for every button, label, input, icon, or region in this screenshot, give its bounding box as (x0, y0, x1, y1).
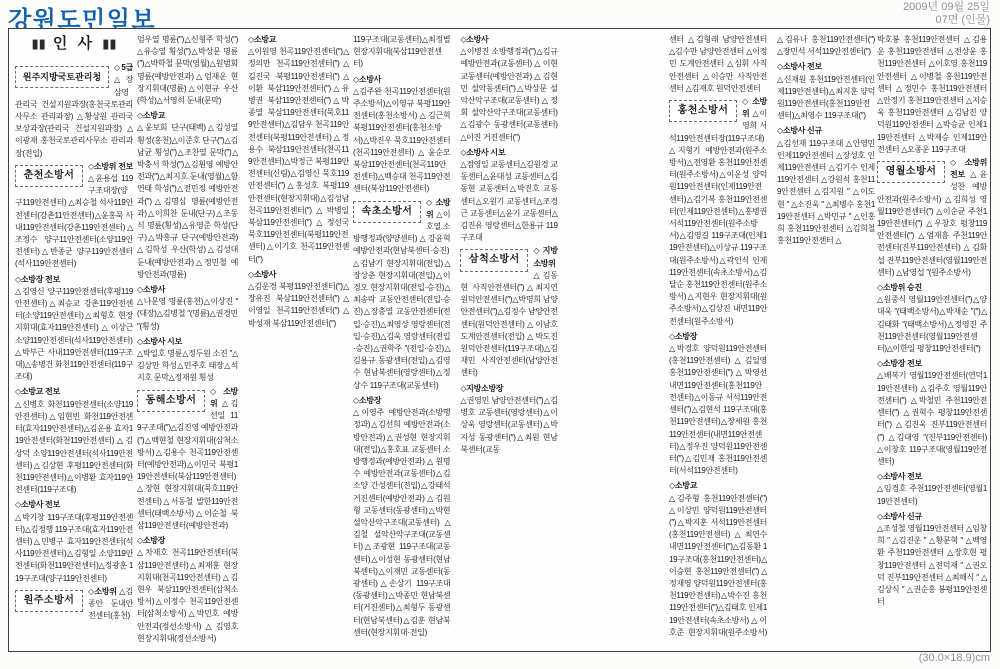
section-box: 삼척소방서 (460, 249, 528, 271)
rank-heading: ◇소방사 (137, 284, 238, 296)
rank-heading: ◇소방교 (669, 480, 767, 492)
column-band-3: 119구조대(교동센터)△최정별 현장지휘대(북삼119안전센터)◇소방사△김주… (353, 34, 665, 646)
entry-paragraph: △윤보회 단구(태백)△김성열 횡성(홍천)△이준호 단구(″)△김남균 횡성(… (137, 122, 238, 281)
entry-paragraph: △배복기 영월119안전센터(연덕119안전센터) △김주호 영월119안전센터… (877, 370, 987, 468)
rank-heading: ◇소방위 승진 (877, 282, 987, 294)
rank-heading: ◇소방교 전보 (15, 386, 133, 398)
rank-heading-inline: ◇소방위 (742, 97, 767, 118)
rank-heading: ◇소방사 시보 (460, 147, 557, 159)
rank-heading: ◇소방장 (137, 535, 238, 547)
column-band-4: 센터 △김형래 남양안전센터 △김수만 남양안전센터 △이정민 도계안전센터 △… (669, 34, 875, 646)
entry-paragraph: △이병진 소방행정과(″)△김규 예방안전과(교동센터)△이현 교동센터(예방안… (460, 46, 557, 144)
rank-heading: ◇소방교 (137, 110, 238, 122)
rank-heading: ◇소방장 전보 (15, 274, 133, 286)
section-box: 홍천소방서 (669, 100, 737, 122)
rank-heading-inline: ◇소방위 (210, 387, 238, 408)
section-box: 영월소방서 (877, 161, 945, 183)
section-box: 원주지방국토관리청 (15, 66, 109, 88)
entry-paragraph: 엄우열 명륜(″)△신형주 학성(″)△유승열 횡성(″)△박상문 명륜(″)△… (137, 34, 238, 107)
entry-paragraph: △원중식 영월119안전센터(″)△양대욱 ″(태백소방서)△박재순 ″(″)△… (877, 294, 987, 355)
entry-paragraph: △이원영 천곡119안전센터(″)△정의만 천곡119안전센터(″)△김진국 북… (248, 46, 349, 266)
entry-paragraph: △신재원 홍천119안전센터(인제119안전센터)△최지훈 양덕원119안전센터… (777, 74, 875, 123)
rank-heading-inline: ◇소방위 (426, 198, 450, 219)
date-block: 2009년 09월 25일 07면 (인물) (903, 1, 990, 27)
rank-heading: ◇소방사 (353, 74, 450, 86)
section-box: 동해소방서 (137, 390, 205, 412)
section-box: 원주소방서 (15, 590, 83, 612)
entry-paragraph: △이영주 예방안전과(소방행정과)△김선희 예방안전과(소방안전과)△권성현 현… (353, 407, 450, 639)
title-bar-icon: ▮▮ (31, 36, 45, 51)
entry-paragraph: ◇소방위 △이영희 서석119안전센터장(119구조대) △지형기 예방안전과(… (669, 96, 767, 328)
entry-paragraph: △김주완 천곡119안전센터(원주소방서)△이영규 북평119안전센터(홍천소방… (353, 86, 450, 196)
title-bar-icon: ▮▮ (102, 36, 116, 51)
entry-paragraph: ◇소방위 △이호열 소방행정과(양양센터)△강윤혁 예방안전과(현남북센터·승진… (353, 197, 450, 392)
rank-heading: ◇소방장 (353, 395, 450, 407)
entry-paragraph: △김영신 양구119안전센터(후평119안전센터)△최승교 강촌119안전센터(… (15, 286, 133, 384)
rank-heading: ◇소방장 전보 (877, 358, 987, 370)
rank-heading: ◇소방사 신규 (877, 511, 987, 523)
entry-paragraph: 센터 △김형래 남양안전센터 △김수만 남양안전센터 △이정민 도계안전센터 △… (669, 34, 767, 95)
newspaper-page: 강원도민일보 2009년 09월 25일 07면 (인물) ▮▮ 인 사 ▮▮원… (0, 0, 1000, 669)
rank-heading: ◇소방사 (248, 269, 349, 281)
entry-paragraph: △김운경 북평119안전센터(″)△장유진 북삼119안전센터(″)△이영일 천… (248, 281, 349, 330)
entry-paragraph: 119구조대(교동센터)△최정별 현장지휘대(북삼119안전센터) (353, 34, 450, 71)
entry-paragraph: △박기창 119구조대(후평119안전센터)△김정행 119구조대(효자119안… (15, 512, 133, 585)
entry-paragraph: △나문영 명륜(홍천)△이상진 ″(대장)△김병철 ″(명륜)△권경민 ″(횡성… (137, 296, 238, 333)
rank-heading-inline: ◇소방위 전보 (950, 158, 987, 179)
entry-paragraph: △박경호 양덕원119안전센터(홍천119안전센터)△김일영 홍천119안전센터… (669, 343, 767, 477)
rank-heading: ◇소방사 전보 (777, 61, 875, 73)
column-band-5: 박호봉 홍천119안전센터 △김용운 홍천119안전센터 △전상윤 홍천119안… (877, 34, 987, 646)
date-line: 2009년 09월 25일 (903, 1, 990, 14)
entry-paragraph: △신병호 화천119안전센터(소양119안전센터)△임현빈 화천119안전센터(… (15, 399, 133, 497)
entry-paragraph: △조성철 영월119안전센터 △임창희 ″ △김진운 ″ △황문혁 ″ △백영환… (877, 523, 987, 608)
column-band-2: 엄우열 명륜(″)△신형주 학성(″)△유승열 횡성(″)△박상문 명륜(″)△… (137, 34, 349, 646)
rank-heading: ◇소방사 (460, 34, 557, 46)
section-box: 속초소방서 (353, 201, 421, 223)
rank-heading-inline: ◇지방소방위 (533, 246, 557, 267)
entry-paragraph: 박호봉 홍천119안전센터 △김용운 홍천119안전센터 △전상윤 홍천119안… (877, 34, 987, 156)
column-band-1: ▮▮ 인 사 ▮▮원주지방국토관리청◇5급 △장삼영 관리국 건설지원과장(홍천… (15, 34, 133, 646)
entry-paragraph: △임경호 주천119안전센터(영월119안전센터) (877, 483, 987, 507)
rank-heading: ◇소방장 (669, 331, 767, 343)
section-box: 춘천소방서 (15, 165, 83, 187)
clipping-size-note: (30.0×18.9)cm (919, 652, 990, 664)
rank-heading-inline: ◇소방위 (88, 587, 119, 596)
entry-paragraph: △점영일 교동센터△김원경 교동센터△윤대성 교동센터△김동현 교동센터△박진호… (460, 159, 557, 244)
rank-heading-inline: ◇소방위 전보 (88, 162, 133, 171)
rank-heading: ◇지방소방장 (460, 383, 557, 395)
rank-heading: ◇소방사 전보 (877, 471, 987, 483)
entry-paragraph: △권영민 남양안전센터(″)△김병호 교동센터(영랑센터)△이상욱 영랑센터(교… (460, 395, 557, 456)
rank-heading: ◇소방사 전보 (15, 499, 133, 511)
rank-heading: ◇소방교 (248, 34, 349, 46)
rank-heading: ◇소방사 신규 (777, 125, 875, 137)
entry-paragraph: △차재호 천곡119안전센터(북삼119안전센터)△최재훈 현장지휘대(천곡11… (137, 547, 238, 645)
rank-heading-inline: ◇5급 (114, 63, 133, 72)
entry-paragraph: △김선재 119구조대 △안영민 인제119안전센터 △장성호 인제119안전센… (777, 138, 875, 248)
rank-heading: ◇소방사 시보 (137, 336, 238, 348)
insa-section-title: ▮▮ 인 사 ▮▮ (15, 38, 133, 50)
entry-paragraph: △박일호 명륜△정두원 소진 ″△김상만 학성△민주호 태장△석지호 문막△정재… (137, 348, 238, 385)
page-number-line: 07면 (인물) (903, 14, 990, 27)
article-sheet: ▮▮ 인 사 ▮▮원주지방국토관리청◇5급 △장삼영 관리국 건설지원과장(홍천… (8, 28, 991, 652)
page-title: 인 사 (46, 35, 102, 52)
